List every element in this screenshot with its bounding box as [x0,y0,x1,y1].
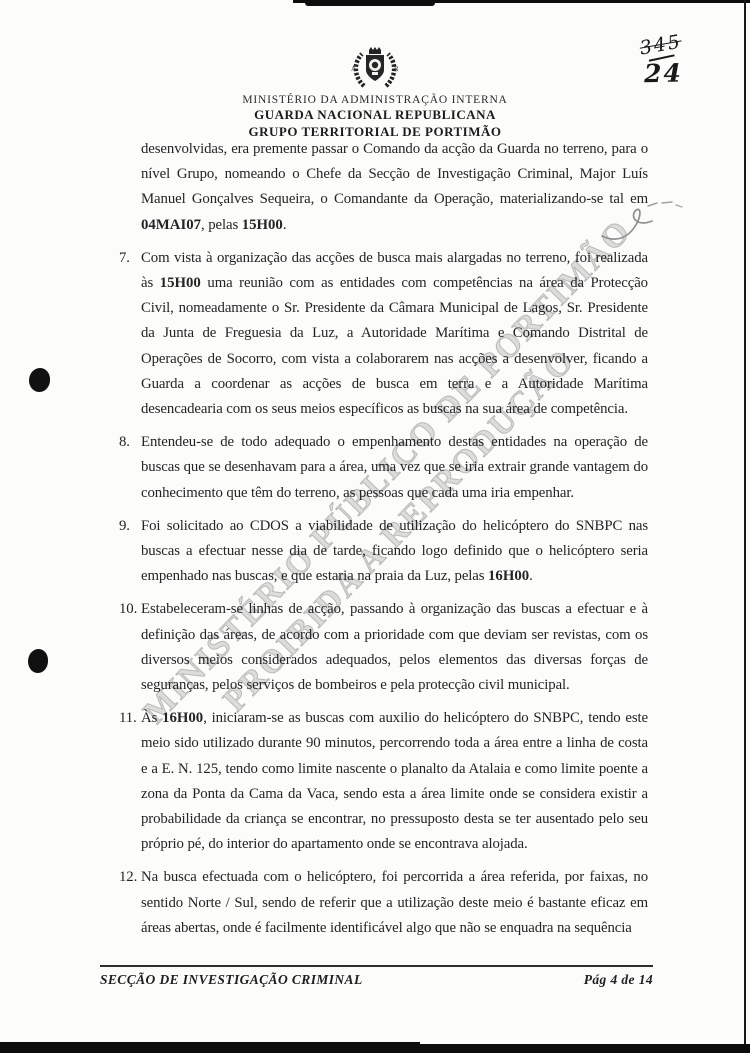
paragraph: 12.Na busca efectuada com o helicóptero,… [119,865,648,941]
scan-edge-right [744,0,746,1046]
paragraph-number: 7. [119,246,141,271]
paragraph: desenvolvidas, era premente passar o Com… [119,137,648,238]
paragraph-text: Estabeleceram-se linhas de acção, passan… [141,601,648,693]
organization-name: GUARDA NACIONAL REPUBLICANA [0,107,750,123]
paragraph: 8.Entendeu-se de todo adequado o empenha… [119,430,648,506]
scan-edge-top-blob [305,0,435,6]
paragraph-text: Foi solicitado ao CDOS a viabilidade de … [141,518,648,584]
paragraph: 10.Estabeleceram-se linhas de acção, pas… [119,597,648,698]
paragraph-number: 10. [119,597,141,622]
paragraph-list: desenvolvidas, era premente passar o Com… [119,137,648,941]
paragraph-text: Às 16H00, iniciaram-se as buscas com aux… [141,710,648,852]
hole-punch-mark [28,649,48,673]
paragraph-text: Com vista à organização das acções de bu… [141,250,648,417]
footer-page-indicator: Pág 4 de 14 [584,972,653,988]
scan-edge-bottom [0,1044,750,1053]
paragraph-number: 8. [119,430,141,455]
paragraph: 7.Com vista à organização das acções de … [119,246,648,422]
footer-section-label: SECÇÃO DE INVESTIGAÇÃO CRIMINAL [100,972,363,988]
paragraph-text: Entendeu-se de todo adequado o empenhame… [141,434,648,500]
paragraph-number: 11. [119,706,141,731]
page-footer: SECÇÃO DE INVESTIGAÇÃO CRIMINAL Pág 4 de… [100,965,653,988]
svg-text:A: A [351,65,356,73]
report-body: desenvolvidas, era premente passar o Com… [119,137,648,949]
paragraph: 9.Foi solicitado ao CDOS a viabilidade d… [119,514,648,590]
paragraph-text: Na busca efectuada com o helicóptero, fo… [141,869,648,935]
hole-punch-mark [29,368,50,392]
gnr-coat-of-arms-icon: A R [349,46,401,92]
ministry-name: MINISTÉRIO DA ADMINISTRAÇÃO INTERNA [0,94,750,106]
svg-text:R: R [394,65,399,73]
paragraph-number: 9. [119,514,141,539]
paragraph-number: 12. [119,865,141,890]
paragraph: 11.Às 16H00, iniciaram-se as buscas com … [119,706,648,857]
paragraph-text: desenvolvidas, era premente passar o Com… [141,141,648,233]
letterhead: A R MINISTÉRIO DA ADMINISTRAÇÃO INTERNA … [0,46,750,140]
